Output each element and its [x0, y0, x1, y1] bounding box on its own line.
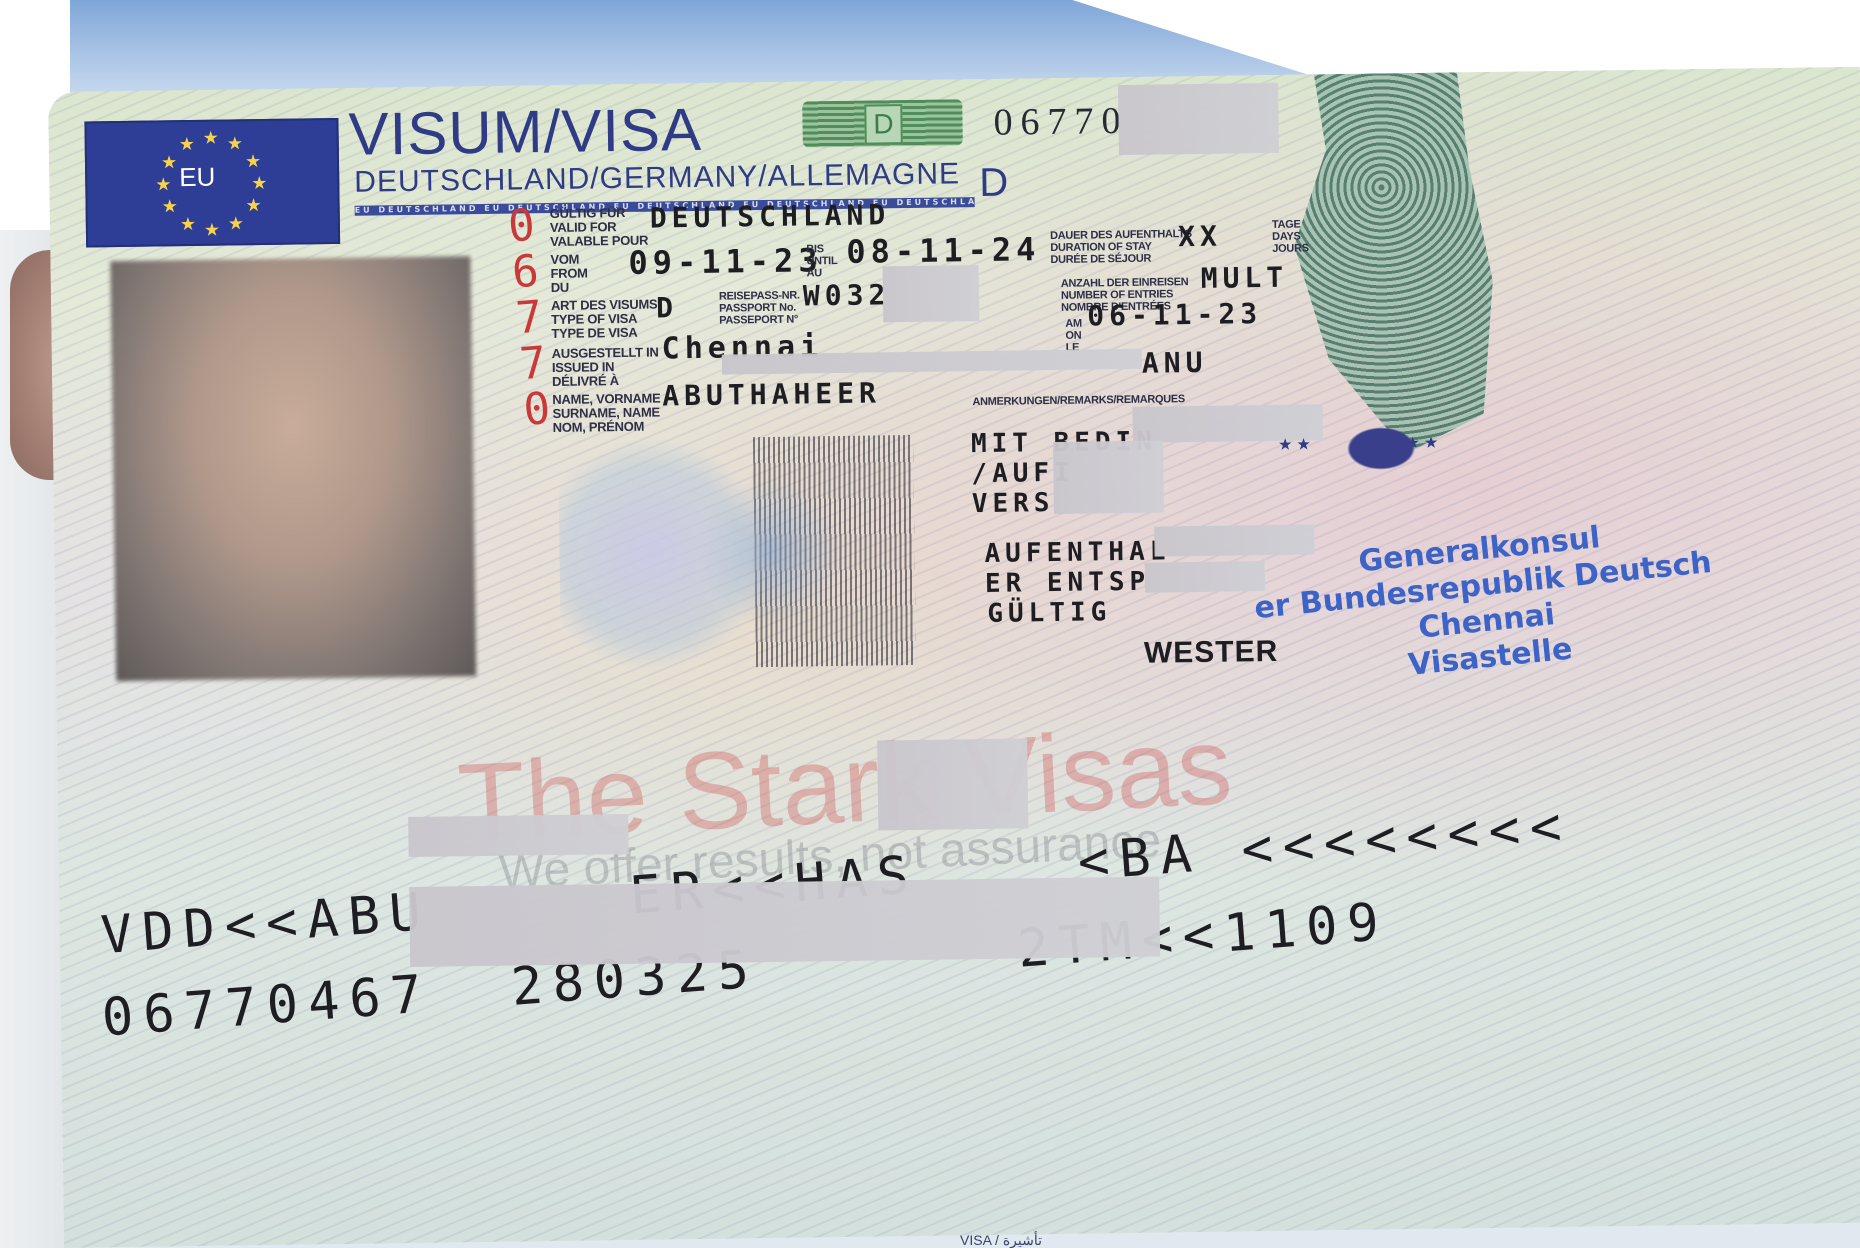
value-entries: MULT: [1200, 261, 1288, 295]
passport-page-footer: VISA / تأشيرة: [960, 1232, 1042, 1248]
redaction-mrz: [877, 738, 1028, 830]
label-duration: DAUER DES AUFENTHALTS DURATION OF STAY D…: [1050, 228, 1192, 266]
eu-flag-icon: ★ ★ ★ ★ ★ ★ ★ ★ ★ ★ ★ ★ EU: [84, 118, 340, 248]
emblem-letter: D: [864, 104, 903, 145]
redaction-mrz: [409, 877, 1160, 967]
value-name: ABUTHAHEER: [662, 376, 881, 412]
guilloche-security-pattern: [1270, 72, 1495, 455]
redaction-remarks: [1053, 440, 1164, 514]
mrz-segment: VDD<<ABU: [99, 882, 433, 967]
serial-digit: 0: [500, 202, 544, 251]
label-issued-in: AUSGESTELLT IN ISSUED IN DÉLIVRÉ À: [552, 346, 659, 389]
redaction-visa-number: [1118, 83, 1279, 155]
hologram-security-feature: [558, 419, 982, 685]
eu-label: EU: [179, 162, 216, 194]
value-name-tail: ANU: [1142, 346, 1208, 380]
value-issued-on: 06-11-23: [1087, 297, 1262, 332]
remark-line: AUFENTHAL: [984, 536, 1170, 569]
label-until: BIS UNTIL AU: [806, 243, 837, 279]
mrz-segment: <<<<<<<<: [1239, 796, 1573, 881]
value-passport-no: W032: [803, 278, 891, 312]
europa-bull-icon: [1341, 423, 1422, 474]
remark-line: VERS: [972, 488, 1055, 519]
label-days: TAGE DAYS JOURS: [1272, 218, 1309, 255]
serial-digit: 6: [504, 248, 548, 297]
label-from: VOM FROM DU: [550, 252, 588, 295]
remark-line: ER ENTSP: [985, 567, 1151, 599]
visa-sticker: ★ ★ ★ ★ ★ ★ ★ ★ ★ ★ ★ ★ EU VISUM/VISA DE…: [48, 67, 1860, 1248]
redaction-remarks: [1145, 561, 1265, 593]
serial-digit: 7: [511, 340, 555, 389]
value-duration: XX: [1178, 220, 1222, 254]
label-valid-for: GÜLTIG FÜR VALID FOR VALABLE POUR: [550, 206, 649, 249]
value-type-of-visa: D: [656, 291, 678, 324]
country-code: D: [979, 161, 1009, 206]
visa-country-subtitle: DEUTSCHLAND/GERMANY/ALLEMAGNE: [354, 157, 960, 199]
redaction-mrz: [408, 814, 629, 857]
remark-line: GÜLTIG: [987, 597, 1111, 629]
label-passport-no: REISEPASS-NR. PASSPORT No. PASSEPORT N°: [719, 290, 800, 327]
mrz-segment: 06770467: [100, 964, 434, 1049]
visa-title: VISUM/VISA: [348, 95, 702, 169]
serial-digit: 7: [507, 294, 551, 343]
visa-number: 06770: [993, 99, 1129, 145]
value-from: 09-11-23: [628, 241, 823, 282]
value-valid-for: DEUTSCHLAND: [650, 198, 891, 234]
holder-photo-blurred: [110, 256, 476, 681]
d-emblem-icon: D: [802, 99, 963, 147]
redaction-passport-no: [883, 265, 980, 322]
consulate-stamp: Generalkonsul er Bundesrepublik Deutsch …: [1249, 509, 1720, 699]
label-type-of-visa: ART DES VISUMS TYPE OF VISA TYPE DE VISA: [551, 298, 658, 341]
label-issued-on: AM ON LE: [1065, 318, 1082, 354]
